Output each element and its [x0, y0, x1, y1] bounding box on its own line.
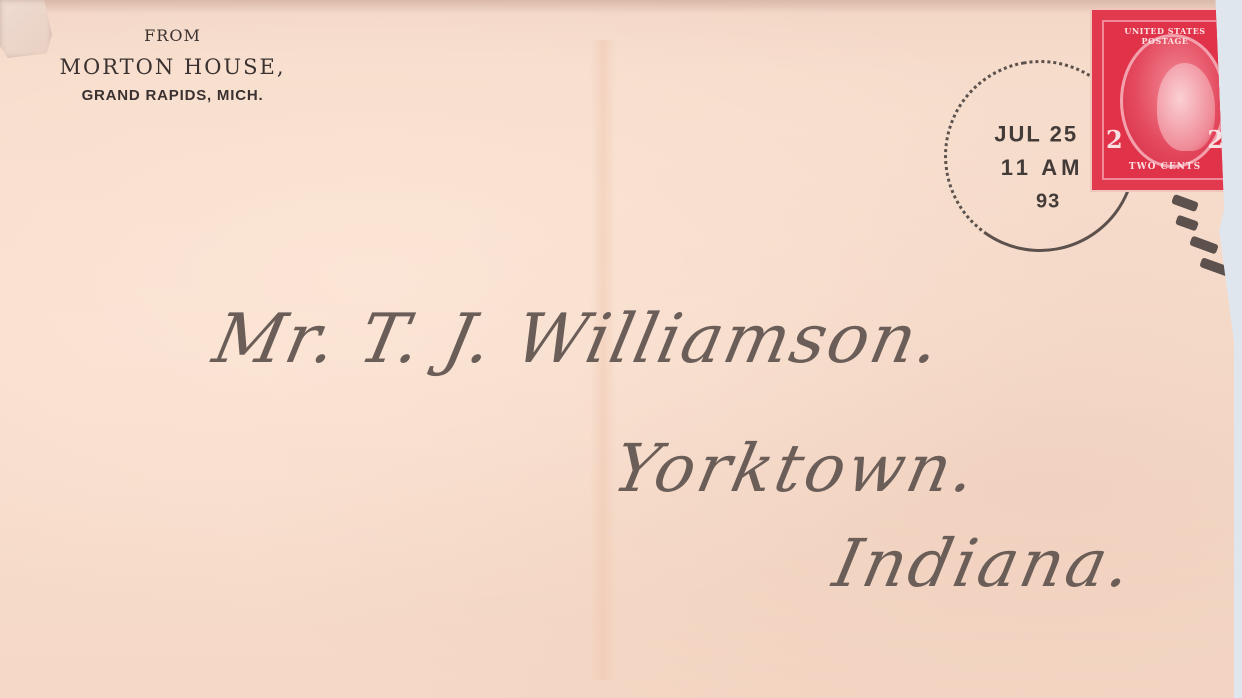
stamp-value-left: 2: [1106, 125, 1123, 154]
return-address-name: MORTON HOUSE,: [20, 55, 325, 79]
recipient-state: Indiana.: [827, 525, 1141, 602]
envelope: FROM MORTON HOUSE, GRAND RAPIDS, MICH. J…: [0, 0, 1234, 698]
stamp-value-right: 2: [1207, 125, 1224, 154]
postage-stamp: UNITED STATES POSTAGE 2 2 TWO CENTS: [1092, 10, 1238, 190]
recipient-city: Yorktown.: [607, 430, 986, 507]
stamp-bottom-text: TWO CENTS: [1104, 162, 1226, 172]
return-address: FROM MORTON HOUSE, GRAND RAPIDS, MICH.: [20, 26, 325, 104]
recipient-name: Mr. T. J. Williamson.: [207, 300, 949, 379]
portrait-icon: [1157, 63, 1215, 151]
cancel-mark: [1171, 194, 1199, 212]
stamp-frame: UNITED STATES POSTAGE 2 2 TWO CENTS: [1102, 20, 1228, 180]
postmark-year: 93: [955, 190, 1141, 213]
cancel-mark: [1175, 215, 1199, 232]
top-edge-shadow: [0, 0, 1234, 14]
return-address-city: GRAND RAPIDS, MICH.: [20, 87, 325, 104]
cancel-mark: [1199, 257, 1231, 277]
stamp-top-text: UNITED STATES POSTAGE: [1104, 26, 1226, 46]
return-address-from: FROM: [20, 26, 325, 45]
cancel-mark: [1189, 236, 1219, 255]
